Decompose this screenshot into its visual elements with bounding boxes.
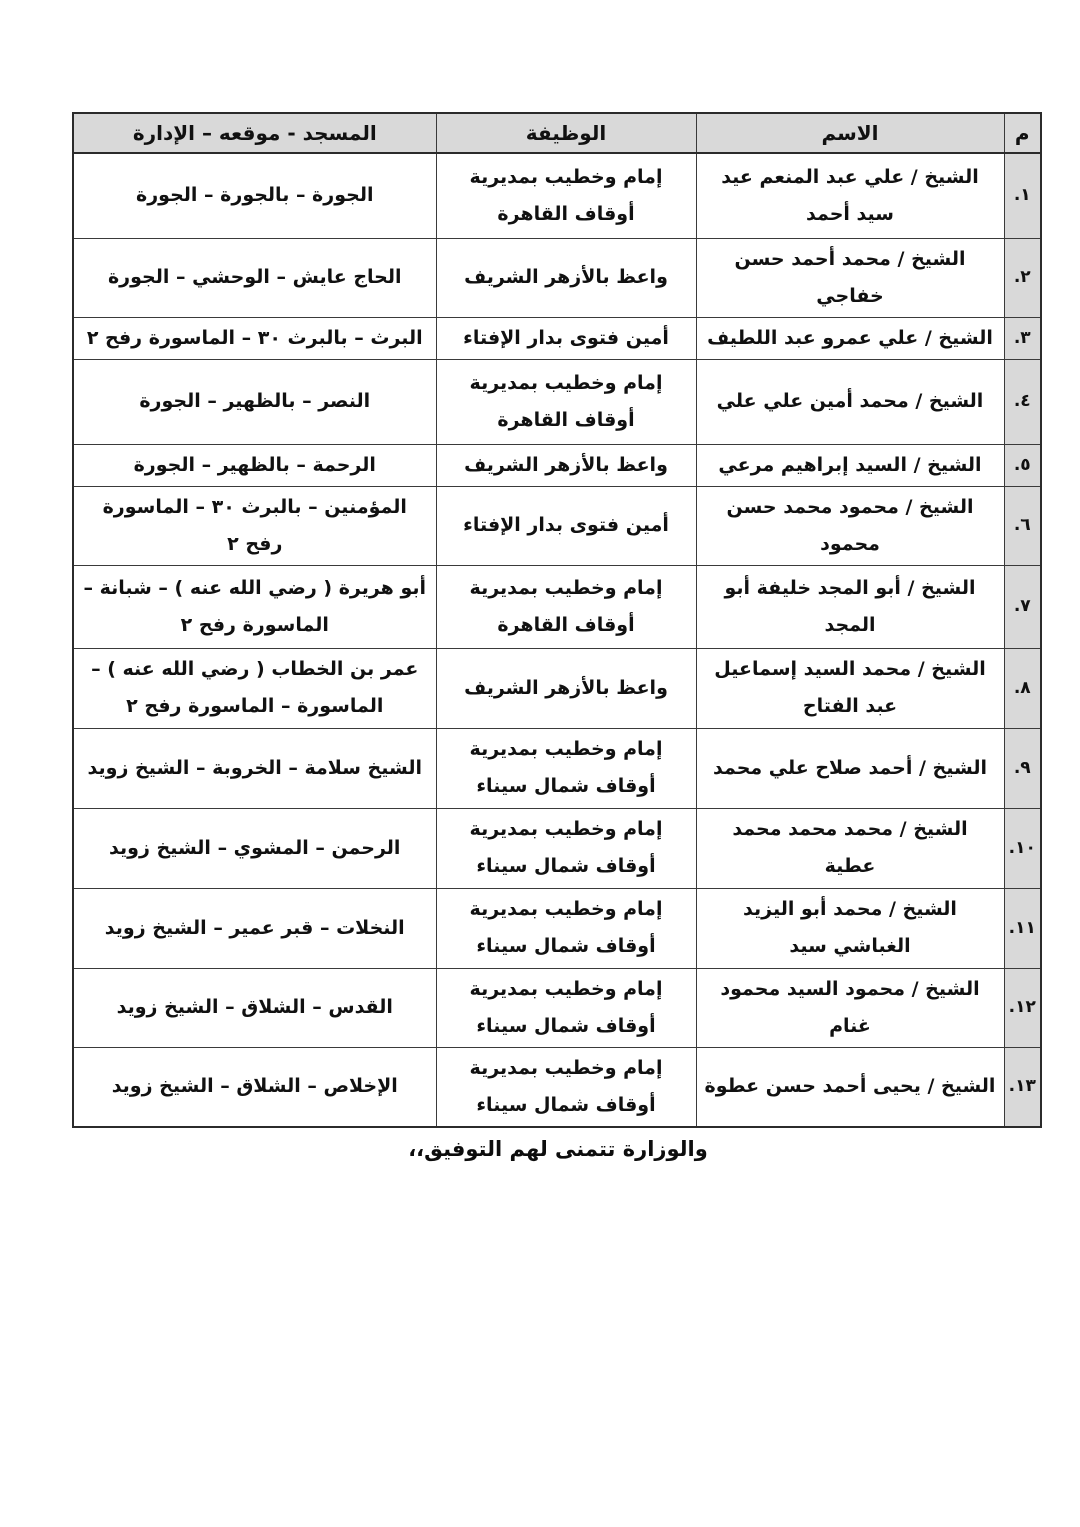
mosque-location-cell: أبو هريرة ( رضي الله عنه ) – شبانة – الم… xyxy=(73,565,436,648)
table-row: ٩. الشيخ / أحمد صلاح علي محمد إمام وخطيب… xyxy=(73,728,1041,808)
job-title-cell: إمام وخطيب بمديرية أوقاف القاهرة xyxy=(436,153,696,238)
sheikh-name-cell: الشيخ / محمود السيد محمود غنام xyxy=(696,968,1004,1047)
row-number-cell: ١١. xyxy=(1004,888,1041,968)
table-row: ٥. الشيخ / السيد إبراهيم مرعي واعظ بالأز… xyxy=(73,444,1041,486)
sheikh-name-cell: الشيخ / يحيى أحمد حسن عطوة xyxy=(696,1047,1004,1127)
row-number-cell: ١. xyxy=(1004,153,1041,238)
mosque-location-cell: الرحمن – المشوي – الشيخ زويد xyxy=(73,808,436,888)
sheikh-name-cell: الشيخ / محمد السيد إسماعيل عبد الفتاح xyxy=(696,648,1004,728)
appointments-table: م الاسم الوظيفة المسجد - موقعه – الإدارة… xyxy=(72,112,1042,1128)
sheikh-name-cell: الشيخ / علي عمرو عبد اللطيف xyxy=(696,317,1004,359)
column-header-job: الوظيفة xyxy=(436,113,696,153)
job-title-cell: واعظ بالأزهر الشريف xyxy=(436,648,696,728)
job-title-cell: واعظ بالأزهر الشريف xyxy=(436,238,696,317)
row-number-cell: ٣. xyxy=(1004,317,1041,359)
document-page: م الاسم الوظيفة المسجد - موقعه – الإدارة… xyxy=(0,0,1080,1527)
mosque-location-cell: البرث – بالبرث ٣٠ – الماسورة رفح ٢ xyxy=(73,317,436,359)
table-row: ١١. الشيخ / محمد أبو اليزيد الغباشي سيد … xyxy=(73,888,1041,968)
row-number-cell: ٥. xyxy=(1004,444,1041,486)
mosque-location-cell: النصر – بالظهير – الجورة xyxy=(73,359,436,444)
row-number-cell: ٨. xyxy=(1004,648,1041,728)
table-header-row: م الاسم الوظيفة المسجد - موقعه – الإدارة xyxy=(73,113,1041,153)
table-row: ١٣. الشيخ / يحيى أحمد حسن عطوة إمام وخطي… xyxy=(73,1047,1041,1127)
sheikh-name-cell: الشيخ / أبو المجد خليفة أبو المجد xyxy=(696,565,1004,648)
column-header-mosque: المسجد - موقعه – الإدارة xyxy=(73,113,436,153)
mosque-location-cell: القدس – الشلاق – الشيخ زويد xyxy=(73,968,436,1047)
sheikh-name-cell: الشيخ / علي عبد المنعم عيد سيد أحمد xyxy=(696,153,1004,238)
job-title-cell: إمام وخطيب بمديرية أوقاف شمال سيناء xyxy=(436,888,696,968)
row-number-cell: ٩. xyxy=(1004,728,1041,808)
job-title-cell: إمام وخطيب بمديرية أوقاف شمال سيناء xyxy=(436,968,696,1047)
mosque-location-cell: الحاج عايش – الوحشي – الجورة xyxy=(73,238,436,317)
table-row: ١٠. الشيخ / محمد محمد محمد عطية إمام وخط… xyxy=(73,808,1041,888)
sheikh-name-cell: الشيخ / محمود محمد حسن محمود xyxy=(696,486,1004,565)
row-number-cell: ١٠. xyxy=(1004,808,1041,888)
sheikh-name-cell: الشيخ / محمد أبو اليزيد الغباشي سيد xyxy=(696,888,1004,968)
table-row: ٢. الشيخ / محمد أحمد حسن خفاجي واعظ بالأ… xyxy=(73,238,1041,317)
mosque-location-cell: الإخلاص – الشلاق – الشيخ زويد xyxy=(73,1047,436,1127)
job-title-cell: إمام وخطيب بمديرية أوقاف القاهرة xyxy=(436,565,696,648)
row-number-cell: ٢. xyxy=(1004,238,1041,317)
table-row: ٨. الشيخ / محمد السيد إسماعيل عبد الفتاح… xyxy=(73,648,1041,728)
table-row: ١٢. الشيخ / محمود السيد محمود غنام إمام … xyxy=(73,968,1041,1047)
row-number-cell: ٧. xyxy=(1004,565,1041,648)
row-number-cell: ١٣. xyxy=(1004,1047,1041,1127)
mosque-location-cell: عمر بن الخطاب ( رضي الله عنه ) – الماسور… xyxy=(73,648,436,728)
sheikh-name-cell: الشيخ / السيد إبراهيم مرعي xyxy=(696,444,1004,486)
job-title-cell: إمام وخطيب بمديرية أوقاف شمال سيناء xyxy=(436,1047,696,1127)
mosque-location-cell: الجورة – بالجورة – الجورة xyxy=(73,153,436,238)
mosque-location-cell: الشيخ سلامة – الخروبة – الشيخ زويد xyxy=(73,728,436,808)
job-title-cell: أمين فتوى بدار الإفتاء xyxy=(436,486,696,565)
job-title-cell: أمين فتوى بدار الإفتاء xyxy=(436,317,696,359)
column-header-name: الاسم xyxy=(696,113,1004,153)
mosque-location-cell: النخلات – قبر عمير – الشيخ زويد xyxy=(73,888,436,968)
column-header-number: م xyxy=(1004,113,1041,153)
sheikh-name-cell: الشيخ / محمد أمين علي علي xyxy=(696,359,1004,444)
sheikh-name-cell: الشيخ / أحمد صلاح علي محمد xyxy=(696,728,1004,808)
job-title-cell: إمام وخطيب بمديرية أوقاف القاهرة xyxy=(436,359,696,444)
job-title-cell: واعظ بالأزهر الشريف xyxy=(436,444,696,486)
row-number-cell: ١٢. xyxy=(1004,968,1041,1047)
table-row: ١. الشيخ / علي عبد المنعم عيد سيد أحمد إ… xyxy=(73,153,1041,238)
mosque-location-cell: المؤمنين – بالبرث ٣٠ – الماسورة رفح ٢ xyxy=(73,486,436,565)
table-row: ٧. الشيخ / أبو المجد خليفة أبو المجد إما… xyxy=(73,565,1041,648)
row-number-cell: ٤. xyxy=(1004,359,1041,444)
table-row: ٦. الشيخ / محمود محمد حسن محمود أمين فتو… xyxy=(73,486,1041,565)
mosque-location-cell: الرحمة – بالظهير – الجورة xyxy=(73,444,436,486)
job-title-cell: إمام وخطيب بمديرية أوقاف شمال سيناء xyxy=(436,728,696,808)
job-title-cell: إمام وخطيب بمديرية أوقاف شمال سيناء xyxy=(436,808,696,888)
closing-wish-text: والوزارة تتمنى لهم التوفيق،، xyxy=(74,1137,1042,1161)
sheikh-name-cell: الشيخ / محمد أحمد حسن خفاجي xyxy=(696,238,1004,317)
row-number-cell: ٦. xyxy=(1004,486,1041,565)
sheikh-name-cell: الشيخ / محمد محمد محمد عطية xyxy=(696,808,1004,888)
table-row: ٣. الشيخ / علي عمرو عبد اللطيف أمين فتوى… xyxy=(73,317,1041,359)
table-row: ٤. الشيخ / محمد أمين علي علي إمام وخطيب … xyxy=(73,359,1041,444)
